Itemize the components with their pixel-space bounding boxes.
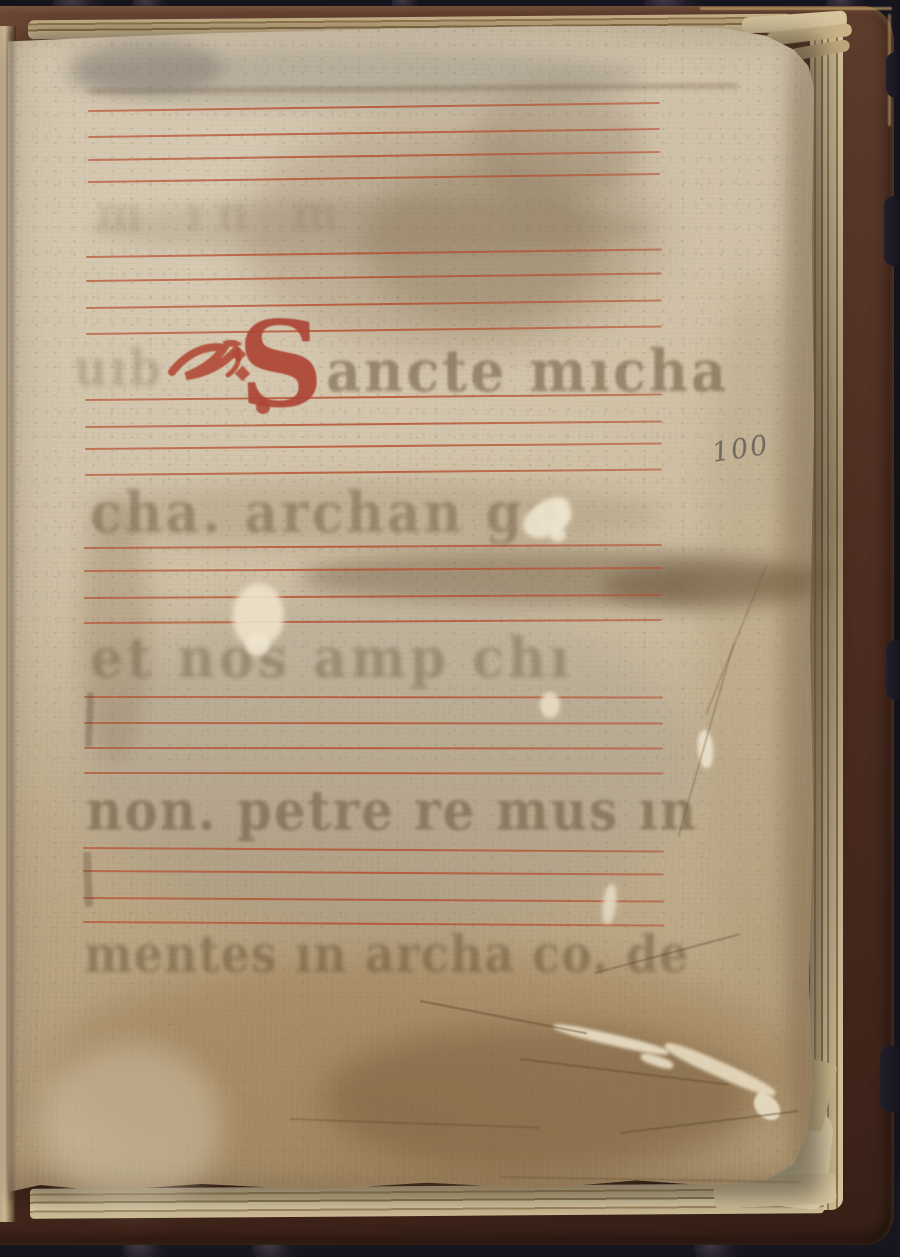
staff-ruled-line [85,420,662,428]
damage-patch [540,692,560,718]
chant-text-line-5: mentes ın archa co. de [84,924,689,984]
staff-ruled-line [88,173,660,183]
chant-text-line-4: non. petre re mus ın [86,778,698,843]
staff-ruled-line [85,468,662,476]
illuminated-initial: S [236,305,325,426]
manuscript-photo: m ın m uıb ancte mıcha cha. archan ge et… [0,0,900,1257]
staff-ruled-line [83,897,664,903]
ghost-lead-in-text: uıb [74,338,163,397]
staff-ruled-line [88,128,660,138]
staff-ruled-line [86,272,662,282]
staff-ruled-line [84,567,662,572]
staff-ruled-line [84,747,663,750]
chant-text-line-3: et nos amp chı [90,626,573,691]
staff-ruled-line [84,722,663,725]
initial-descender-ball [256,401,270,414]
chant-text-line-1: ancte mıcha [326,336,729,405]
damage-patch [550,528,566,542]
staff-ruled-line [84,696,663,699]
staff-ruled-line [88,151,660,161]
staff-ruled-line [83,847,664,853]
staff-ruled-line [84,594,662,599]
staff-ruled-line [86,248,662,258]
staff-ruled-line [86,299,662,309]
staff-ruled-line [86,325,662,335]
damage-patch [246,634,270,656]
chant-text-line-2: cha. archan ge [90,480,561,546]
staff-ruled-line [83,870,664,876]
staff-ruled-line [85,442,662,450]
staff-ruled-line [88,102,660,112]
staff-ruled-line [84,772,663,775]
ghost-bleedthrough-text: m ın m [96,186,352,242]
staff-ruled-line [84,619,662,624]
